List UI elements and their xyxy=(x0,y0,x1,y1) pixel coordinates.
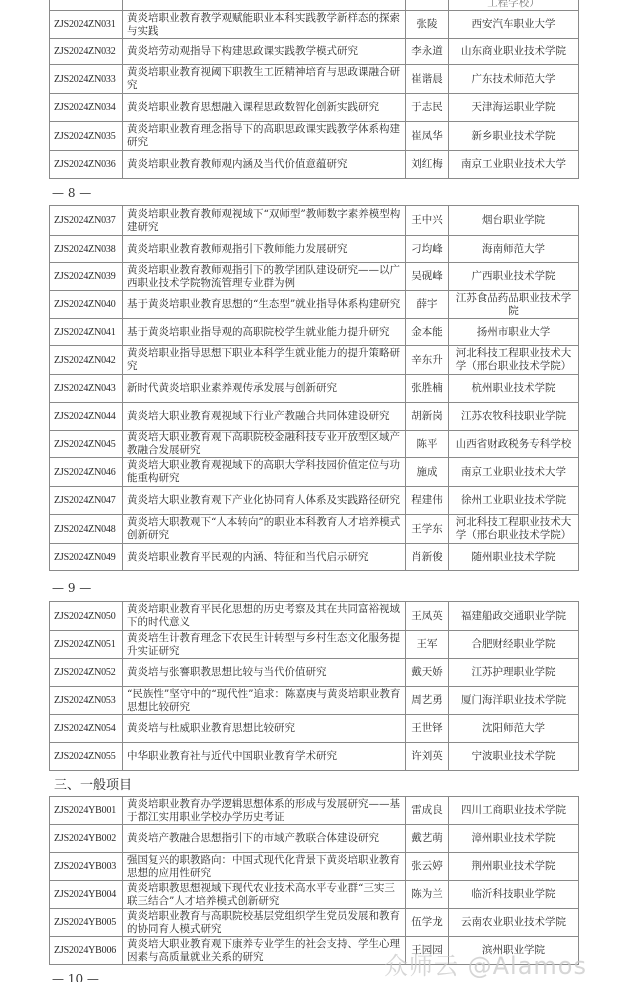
cell-title: 强国复兴的职教路向：中国式现代化背景下黄炎培职业教育思想的应用性研究 xyxy=(123,853,406,881)
page-number: — 10 — xyxy=(52,972,99,982)
table-row: ZJS2024YB002黄炎培产教融合思想指引下的市域产教联合体建设研究戴艺萌漳… xyxy=(50,825,579,853)
cell-name: 胡新岗 xyxy=(406,403,449,431)
table-row: ZJS2024ZN035黄炎培职业教育理念指导下的高职思政课实践教学体系构建研究… xyxy=(50,122,579,151)
cell-org: 荆州职业技术学院 xyxy=(449,853,579,881)
cell-name: 程建伟 xyxy=(406,487,449,515)
cell-org: 四川工商职业技术学院 xyxy=(449,797,579,825)
cell-code: ZJS2024ZN054 xyxy=(50,715,123,743)
cell-code: ZJS2024ZN055 xyxy=(50,743,123,771)
cell-name: 戴天娇 xyxy=(406,659,449,687)
cell-code: ZJS2024YB006 xyxy=(50,937,123,965)
cell-title: 黄炎培职教思想视域下现代农业技术高水平专业群“三实三联三结合”人才培养模式创新研… xyxy=(123,881,406,909)
cell-code: ZJS2024ZN036 xyxy=(50,151,123,179)
cell-code: ZJS2024ZN042 xyxy=(50,346,123,375)
cell-org: 福建船政交通职业学院 xyxy=(449,602,579,631)
table-row: ZJS2024ZN031黄炎培职业教育教学观赋能职业本科实践教学新样态的探索与实… xyxy=(50,11,579,39)
cell-code: ZJS2024YB002 xyxy=(50,825,123,853)
cell-title: 黄炎培职业教育平民观的内涵、特征和当代启示研究 xyxy=(123,544,406,571)
cell-code: ZJS2024ZN045 xyxy=(50,431,123,458)
cell-title: 黄炎培大职业教育观下高职院校金融科技专业开放型区域产教融合发展研究 xyxy=(123,431,406,458)
table-row: ZJS2024ZN053“民族性”坚守中的“现代性”追求：陈嘉庚与黄炎培职业教育… xyxy=(50,687,579,715)
cell-title: 中华职业教育社与近代中国职业教育学术研究 xyxy=(123,743,406,771)
cell-title: “民族性”坚守中的“现代性”追求：陈嘉庚与黄炎培职业教育思想比较研究 xyxy=(123,687,406,715)
cell-title: 黄炎培与杜威职业教育思想比较研究 xyxy=(123,715,406,743)
cell-code: ZJS2024YB004 xyxy=(50,881,123,909)
table-row: ZJS2024ZN048黄炎培大职教观下“人本转向”的职业本科教育人才培养模式创… xyxy=(50,515,579,544)
cell-org: 新乡职业技术学院 xyxy=(449,122,579,151)
cell-name: 刘红梅 xyxy=(406,151,449,179)
cell-name: 王园园 xyxy=(406,937,449,965)
cell-code: ZJS2024ZN038 xyxy=(50,236,123,263)
project-table-4: ZJS2024YB001黄炎培职业教育办学逻辑思想体系的形成与发展研究——基于都… xyxy=(49,796,579,965)
cell-name: 王世铎 xyxy=(406,715,449,743)
cell-name: 王军 xyxy=(406,631,449,659)
table-row: ZJS2024ZN033黄炎培职业教育视阈下职教生工匠精神培育与思政课融合研究崔… xyxy=(50,65,579,94)
cell-name: 崔谐晨 xyxy=(406,65,449,94)
cell-name: 陈平 xyxy=(406,431,449,458)
table-row: ZJS2024ZN045黄炎培大职业教育观下高职院校金融科技专业开放型区域产教融… xyxy=(50,431,579,458)
table-row: ZJS2024ZN046黄炎培大职业教育观视域下的高职大学科技园价值定位与功能重… xyxy=(50,458,579,487)
cell-title: 黄炎培职业教育思想融入课程思政数智化创新实践研究 xyxy=(123,94,406,122)
cell-name: 王学东 xyxy=(406,515,449,544)
cell-name: 施成 xyxy=(406,458,449,487)
cell-title xyxy=(123,0,406,11)
cell-org: 江苏护理职业学院 xyxy=(449,659,579,687)
cell-name: 张云婷 xyxy=(406,853,449,881)
cell-code: ZJS2024ZN044 xyxy=(50,403,123,431)
cell-org: 杭州职业技术学院 xyxy=(449,375,579,403)
cell-code: ZJS2024YB005 xyxy=(50,909,123,937)
table-row: ZJS2024YB001黄炎培职业教育办学逻辑思想体系的形成与发展研究——基于都… xyxy=(50,797,579,825)
cell-name: 崔凤华 xyxy=(406,122,449,151)
cell-name: 许刘英 xyxy=(406,743,449,771)
section-heading-general-projects: 三、一般项目 xyxy=(54,774,132,793)
cell-org: 烟台职业学院 xyxy=(449,206,579,236)
table-row: ZJS2024ZN040基于黄炎培职业教育思想的“生态型”就业指导体系构建研究薛… xyxy=(50,291,579,319)
cell-code: ZJS2024ZN041 xyxy=(50,319,123,346)
cell-name: 刁均峰 xyxy=(406,236,449,263)
cell-org: 漳州职业技术学院 xyxy=(449,825,579,853)
table-row-partial: 工程学校） xyxy=(50,0,579,11)
cell-title: 黄炎培大职业教育观视域下行业产教融合共同体建设研究 xyxy=(123,403,406,431)
table-row: ZJS2024YB003强国复兴的职教路向：中国式现代化背景下黄炎培职业教育思想… xyxy=(50,853,579,881)
cell-name: 戴艺萌 xyxy=(406,825,449,853)
table-row: ZJS2024ZN036黄炎培职业教育教师观内涵及当代价值意蕴研究刘红梅南京工业… xyxy=(50,151,579,179)
cell-name: 王中兴 xyxy=(406,206,449,236)
cell-code: ZJS2024ZN034 xyxy=(50,94,123,122)
cell-name: 伍学龙 xyxy=(406,909,449,937)
table-row: ZJS2024ZN041基于黄炎培职业指导观的高职院校学生就业能力提升研究金本能… xyxy=(50,319,579,346)
page-number: — 8 — xyxy=(52,186,91,200)
cell-name: 薛宇 xyxy=(406,291,449,319)
table-row: ZJS2024ZN047黄炎培大职业教育观下产业化协同育人体系及实践路径研究程建… xyxy=(50,487,579,515)
cell-title: 黄炎培职业教育教师观视域下“双师型”教师数字素养模型构建研究 xyxy=(123,206,406,236)
cell-title: 黄炎培职业教育平民化思想的历史考察及其在共同富裕视域下的时代意义 xyxy=(123,602,406,631)
cell-org: 工程学校） xyxy=(449,0,579,11)
table-row: ZJS2024ZN043新时代黄炎培职业素养观传承发展与创新研究张胜楠杭州职业技… xyxy=(50,375,579,403)
cell-org: 临沂科技职业学院 xyxy=(449,881,579,909)
cell-code: ZJS2024ZN050 xyxy=(50,602,123,631)
cell-org: 云南农业职业技术学院 xyxy=(449,909,579,937)
cell-code: ZJS2024ZN033 xyxy=(50,65,123,94)
page-number: — 9 — xyxy=(52,581,91,595)
cell-code: ZJS2024ZN049 xyxy=(50,544,123,571)
cell-name: 吴砚峰 xyxy=(406,263,449,291)
cell-code: ZJS2024ZN031 xyxy=(50,11,123,39)
cell-title: 黄炎培大职业教育观下产业化协同育人体系及实践路径研究 xyxy=(123,487,406,515)
cell-name: 于志民 xyxy=(406,94,449,122)
project-table-3: ZJS2024ZN050黄炎培职业教育平民化思想的历史考察及其在共同富裕视域下的… xyxy=(49,601,579,771)
cell-title: 黄炎培职业教育办学逻辑思想体系的形成与发展研究——基于都江实用职业学校办学历史考… xyxy=(123,797,406,825)
cell-code: ZJS2024ZN052 xyxy=(50,659,123,687)
cell-code: ZJS2024ZN037 xyxy=(50,206,123,236)
cell-org: 西安汽车职业大学 xyxy=(449,11,579,39)
cell-org: 天津海运职业学院 xyxy=(449,94,579,122)
cell-title: 黄炎培职业教育教师观指引下教师能力发展研究 xyxy=(123,236,406,263)
cell-title: 黄炎培职业指导思想下职业本科学生就业能力的提升策略研究 xyxy=(123,346,406,375)
table-row: ZJS2024YB005黄炎培职业教育与高职院校基层党组织学生党员发展和教育的协… xyxy=(50,909,579,937)
cell-org: 合肥财经职业学院 xyxy=(449,631,579,659)
cell-org: 广西职业技术学院 xyxy=(449,263,579,291)
cell-title: 黄炎培职业教育视阈下职教生工匠精神培育与思政课融合研究 xyxy=(123,65,406,94)
cell-code: ZJS2024ZN035 xyxy=(50,122,123,151)
cell-title: 黄炎培大职业教育观下康养专业学生的社会支持、学生心理因素与高质量就业关系的研究 xyxy=(123,937,406,965)
cell-name xyxy=(406,0,449,11)
cell-name: 周艺勇 xyxy=(406,687,449,715)
cell-title: 黄炎培职业教育教师观内涵及当代价值意蕴研究 xyxy=(123,151,406,179)
table-row: ZJS2024ZN044黄炎培大职业教育观视域下行业产教融合共同体建设研究胡新岗… xyxy=(50,403,579,431)
cell-org: 南京工业职业技术大学 xyxy=(449,151,579,179)
table-row: ZJS2024ZN032黄炎培劳动观指导下构建思政课实践教学模式研究李永道山东商… xyxy=(50,39,579,65)
table-row: ZJS2024ZN042黄炎培职业指导思想下职业本科学生就业能力的提升策略研究辛… xyxy=(50,346,579,375)
cell-org: 河北科技工程职业技术大学（邢台职业技术学院） xyxy=(449,346,579,375)
cell-code: ZJS2024ZN048 xyxy=(50,515,123,544)
cell-code: ZJS2024ZN053 xyxy=(50,687,123,715)
cell-name: 张胜楠 xyxy=(406,375,449,403)
cell-code: ZJS2024ZN032 xyxy=(50,39,123,65)
cell-name: 李永道 xyxy=(406,39,449,65)
cell-title: 黄炎培劳动观指导下构建思政课实践教学模式研究 xyxy=(123,39,406,65)
cell-org: 宁波职业技术学院 xyxy=(449,743,579,771)
cell-title: 黄炎培大职教观下“人本转向”的职业本科教育人才培养模式创新研究 xyxy=(123,515,406,544)
table-row: ZJS2024ZN051黄炎培生计教育理念下农民生计转型与乡村生态文化服务提升实… xyxy=(50,631,579,659)
cell-title: 黄炎培与张謇职教思想比较与当代价值研究 xyxy=(123,659,406,687)
cell-title: 基于黄炎培职业教育思想的“生态型”就业指导体系构建研究 xyxy=(123,291,406,319)
cell-name: 肖新俊 xyxy=(406,544,449,571)
cell-name: 辛东升 xyxy=(406,346,449,375)
cell-org: 徐州工业职业技术学院 xyxy=(449,487,579,515)
cell-org: 扬州市职业大学 xyxy=(449,319,579,346)
cell-org: 随州职业技术学院 xyxy=(449,544,579,571)
cell-org: 滨州职业学院 xyxy=(449,937,579,965)
cell-code: ZJS2024ZN040 xyxy=(50,291,123,319)
cell-code: ZJS2024ZN051 xyxy=(50,631,123,659)
cell-title: 新时代黄炎培职业素养观传承发展与创新研究 xyxy=(123,375,406,403)
table-row: ZJS2024YB004黄炎培职教思想视域下现代农业技术高水平专业群“三实三联三… xyxy=(50,881,579,909)
table-row: ZJS2024ZN038黄炎培职业教育教师观指引下教师能力发展研究刁均峰海南师范… xyxy=(50,236,579,263)
cell-title: 黄炎培生计教育理念下农民生计转型与乡村生态文化服务提升实证研究 xyxy=(123,631,406,659)
cell-name: 雷成良 xyxy=(406,797,449,825)
cell-title: 黄炎培大职业教育观视域下的高职大学科技园价值定位与功能重构研究 xyxy=(123,458,406,487)
table-row: ZJS2024ZN039黄炎培职业教育教师观指引下的教学团队建设研究——以广西职… xyxy=(50,263,579,291)
cell-code: ZJS2024ZN046 xyxy=(50,458,123,487)
cell-org: 广东技术师范大学 xyxy=(449,65,579,94)
cell-title: 黄炎培产教融合思想指引下的市域产教联合体建设研究 xyxy=(123,825,406,853)
cell-org: 山东商业职业技术学院 xyxy=(449,39,579,65)
cell-title: 黄炎培职业教育教学观赋能职业本科实践教学新样态的探索与实践 xyxy=(123,11,406,39)
cell-org: 南京工业职业技术大学 xyxy=(449,458,579,487)
project-table-1: 工程学校） ZJS2024ZN031黄炎培职业教育教学观赋能职业本科实践教学新样… xyxy=(49,0,579,179)
table-row: ZJS2024ZN055中华职业教育社与近代中国职业教育学术研究许刘英宁波职业技… xyxy=(50,743,579,771)
cell-code: ZJS2024ZN047 xyxy=(50,487,123,515)
table-row: ZJS2024ZN050黄炎培职业教育平民化思想的历史考察及其在共同富裕视域下的… xyxy=(50,602,579,631)
cell-org: 江苏农牧科技职业学院 xyxy=(449,403,579,431)
cell-org: 海南师范大学 xyxy=(449,236,579,263)
cell-name: 张陵 xyxy=(406,11,449,39)
table-row: ZJS2024ZN034黄炎培职业教育思想融入课程思政数智化创新实践研究于志民天… xyxy=(50,94,579,122)
cell-org: 沈阳师范大学 xyxy=(449,715,579,743)
cell-name: 陈为兰 xyxy=(406,881,449,909)
cell-name: 金本能 xyxy=(406,319,449,346)
table-row: ZJS2024ZN037黄炎培职业教育教师观视域下“双师型”教师数字素养模型构建… xyxy=(50,206,579,236)
table-row: ZJS2024ZN052黄炎培与张謇职教思想比较与当代价值研究戴天娇江苏护理职业… xyxy=(50,659,579,687)
table-row: ZJS2024YB006黄炎培大职业教育观下康养专业学生的社会支持、学生心理因素… xyxy=(50,937,579,965)
cell-title: 黄炎培职业教育与高职院校基层党组织学生党员发展和教育的协同育人模式研究 xyxy=(123,909,406,937)
cell-code xyxy=(50,0,123,11)
table-row: ZJS2024ZN054黄炎培与杜威职业教育思想比较研究王世铎沈阳师范大学 xyxy=(50,715,579,743)
cell-org: 河北科技工程职业技术大学（邢台职业技术学院） xyxy=(449,515,579,544)
cell-code: ZJS2024YB001 xyxy=(50,797,123,825)
cell-code: ZJS2024ZN039 xyxy=(50,263,123,291)
cell-org: 山西省财政税务专科学校 xyxy=(449,431,579,458)
cell-code: ZJS2024YB003 xyxy=(50,853,123,881)
cell-org: 厦门海洋职业技术学院 xyxy=(449,687,579,715)
table-row: ZJS2024ZN049黄炎培职业教育平民观的内涵、特征和当代启示研究肖新俊随州… xyxy=(50,544,579,571)
project-table-2: ZJS2024ZN037黄炎培职业教育教师观视域下“双师型”教师数字素养模型构建… xyxy=(49,205,579,571)
cell-org: 江苏食品药品职业技术学院 xyxy=(449,291,579,319)
cell-title: 黄炎培职业教育教师观指引下的教学团队建设研究——以广西职业技术学院物流管理专业群… xyxy=(123,263,406,291)
cell-code: ZJS2024ZN043 xyxy=(50,375,123,403)
cell-name: 王凤英 xyxy=(406,602,449,631)
cell-title: 基于黄炎培职业指导观的高职院校学生就业能力提升研究 xyxy=(123,319,406,346)
cell-title: 黄炎培职业教育理念指导下的高职思政课实践教学体系构建研究 xyxy=(123,122,406,151)
